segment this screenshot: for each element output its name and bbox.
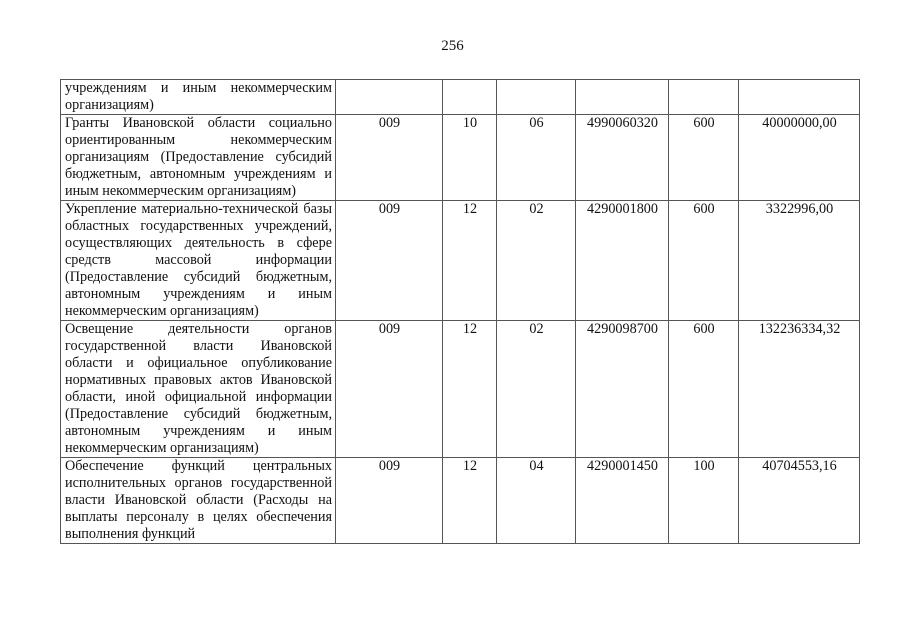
table-row: Гранты Ивановской области социально орие… <box>61 115 860 201</box>
table-row: учреждениям и иным некоммерческим органи… <box>61 80 860 115</box>
expense-type-code <box>669 80 739 115</box>
section-code: 12 <box>443 201 497 321</box>
expense-type-code: 600 <box>669 321 739 458</box>
target-article-code: 4290001450 <box>576 458 669 544</box>
target-article-code: 4990060320 <box>576 115 669 201</box>
amount: 40704553,16 <box>739 458 860 544</box>
ministry-code: 009 <box>336 115 443 201</box>
amount: 132236334,32 <box>739 321 860 458</box>
subsection-code: 06 <box>497 115 576 201</box>
section-code: 12 <box>443 321 497 458</box>
amount <box>739 80 860 115</box>
table-row: Освещение деятельности органов государст… <box>61 321 860 458</box>
page-number: 256 <box>0 38 905 55</box>
row-description: Освещение деятельности органов государст… <box>61 321 336 458</box>
expense-type-code: 600 <box>669 115 739 201</box>
target-article-code <box>576 80 669 115</box>
subsection-code: 02 <box>497 201 576 321</box>
amount: 40000000,00 <box>739 115 860 201</box>
ministry-code <box>336 80 443 115</box>
ministry-code: 009 <box>336 458 443 544</box>
budget-table: учреждениям и иным некоммерческим органи… <box>60 79 860 544</box>
row-description: Гранты Ивановской области социально орие… <box>61 115 336 201</box>
section-code <box>443 80 497 115</box>
row-description: учреждениям и иным некоммерческим органи… <box>61 80 336 115</box>
expense-type-code: 100 <box>669 458 739 544</box>
table-row: Обеспечение функций центральных исполнит… <box>61 458 860 544</box>
section-code: 10 <box>443 115 497 201</box>
expense-type-code: 600 <box>669 201 739 321</box>
section-code: 12 <box>443 458 497 544</box>
subsection-code <box>497 80 576 115</box>
target-article-code: 4290098700 <box>576 321 669 458</box>
row-description: Обеспечение функций центральных исполнит… <box>61 458 336 544</box>
subsection-code: 04 <box>497 458 576 544</box>
amount: 3322996,00 <box>739 201 860 321</box>
ministry-code: 009 <box>336 201 443 321</box>
subsection-code: 02 <box>497 321 576 458</box>
target-article-code: 4290001800 <box>576 201 669 321</box>
table-row: Укрепление материально-технической базы … <box>61 201 860 321</box>
ministry-code: 009 <box>336 321 443 458</box>
row-description: Укрепление материально-технической базы … <box>61 201 336 321</box>
